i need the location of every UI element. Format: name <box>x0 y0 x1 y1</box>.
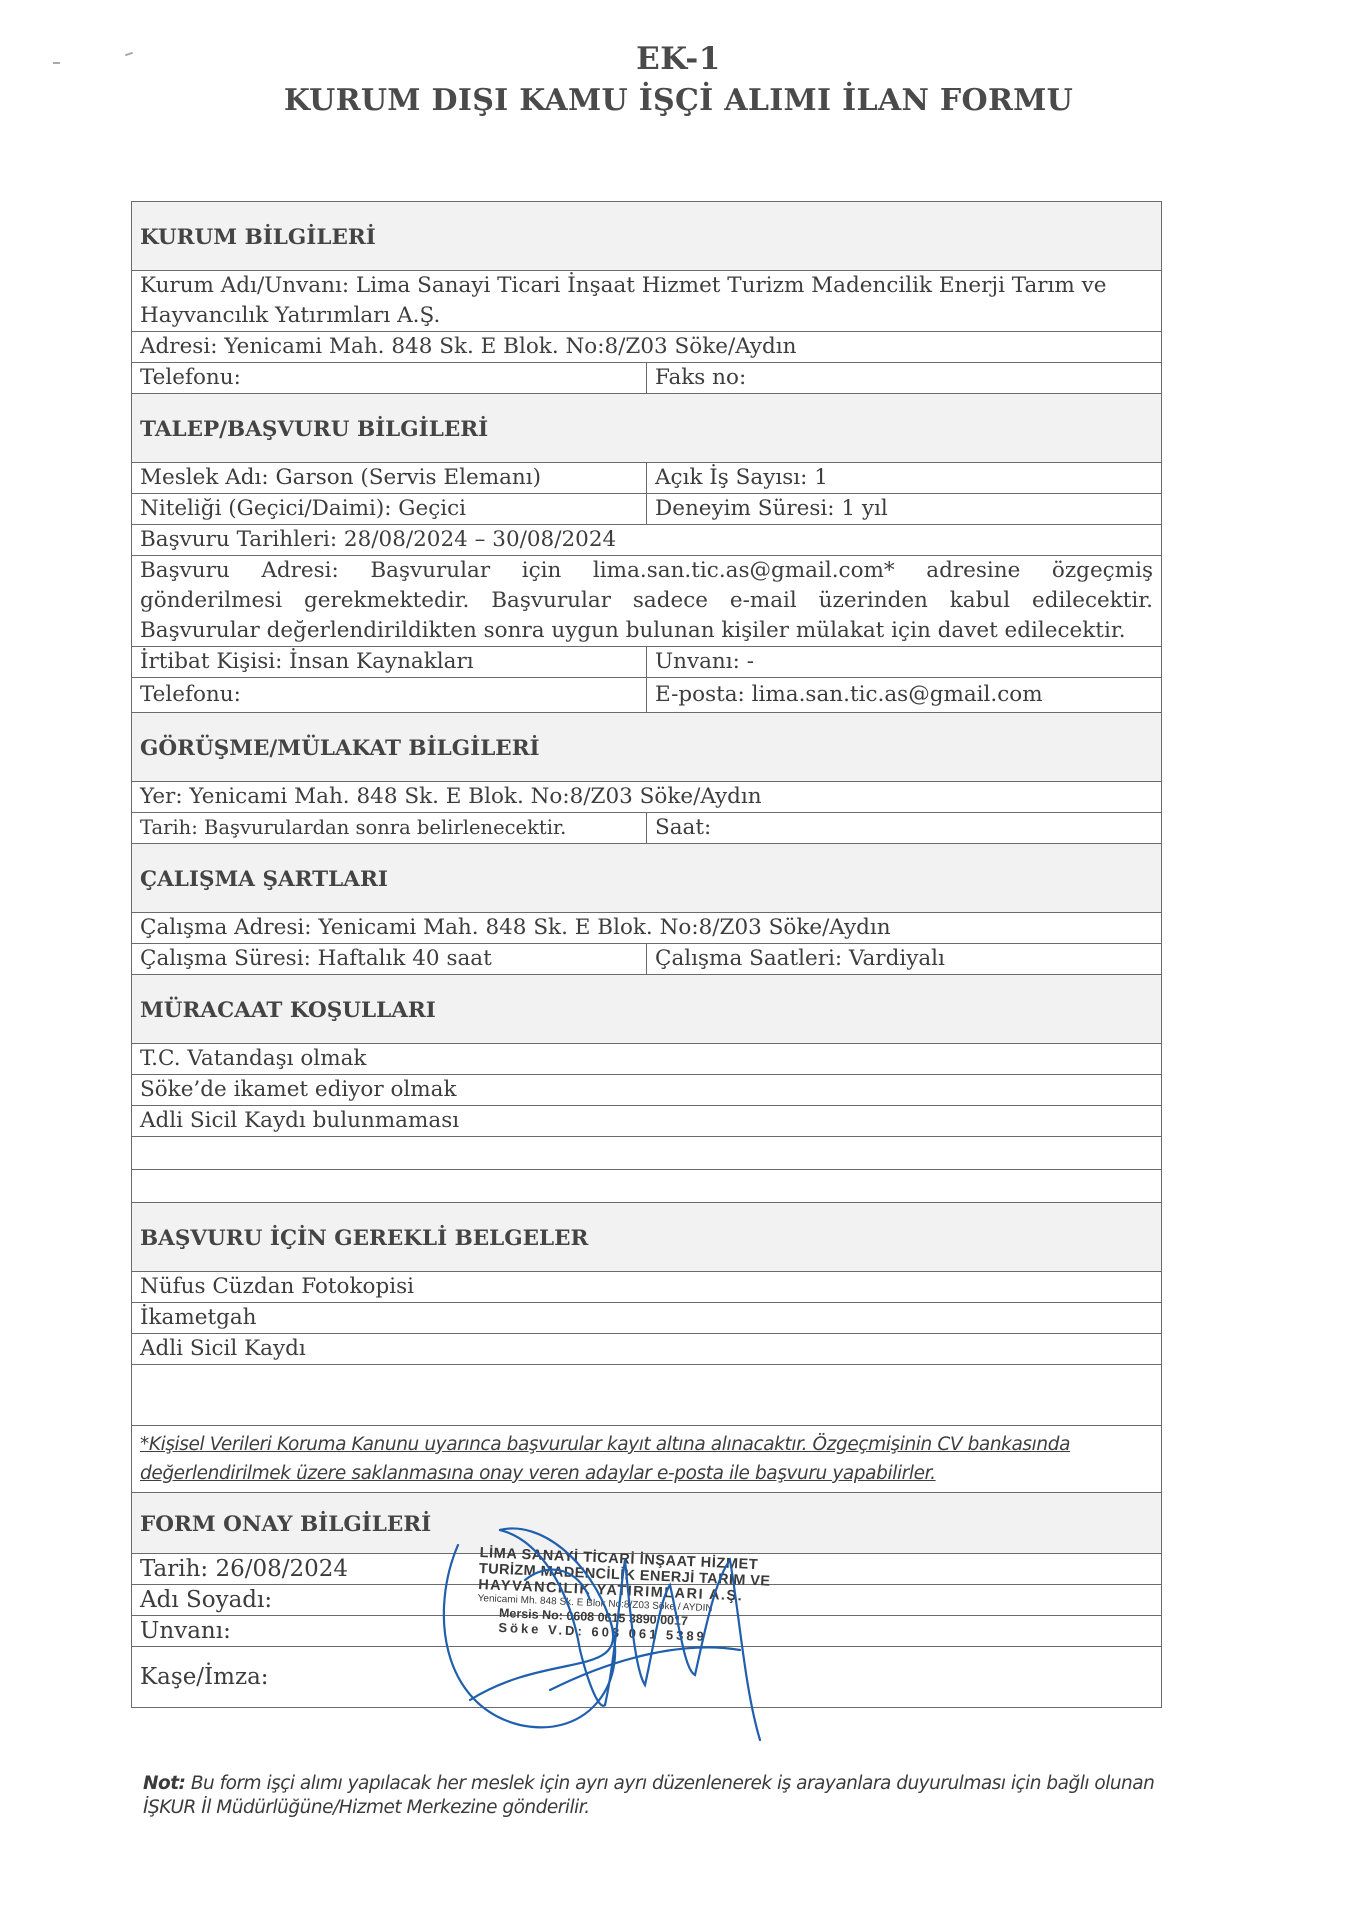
form-row: Tarih: Başvurulardan sonra belirlenecekt… <box>132 813 1162 844</box>
footer-note: Not: Bu form işçi alımı yapılacak her me… <box>143 1772 1203 1820</box>
form-row: Unvanı: <box>132 1616 1162 1647</box>
job-posting-form: KURUM BİLGİLERİ Kurum Adı/Unvanı: Lima S… <box>131 201 1162 1708</box>
document-item: Adli Sicil Kaydı <box>132 1334 1162 1365</box>
work-address: Çalışma Adresi: Yenicami Mah. 848 Sk. E … <box>132 913 1162 944</box>
approver-title: Unvanı: <box>132 1616 1162 1647</box>
form-row: Telefonu: Faks no: <box>132 363 1162 394</box>
requirement-text: Söke’de ikamet ediyor olmak <box>132 1075 1162 1106</box>
form-row: Telefonu: E-posta: lima.san.tic.as@gmail… <box>132 678 1162 713</box>
section-title: TALEP/BAŞVURU BİLGİLERİ <box>132 394 1162 463</box>
form-row: Çalışma Süresi: Haftalık 40 saat Çalışma… <box>132 944 1162 975</box>
experience-duration: Deneyim Süresi: 1 yıl <box>647 494 1162 525</box>
document-title: KURUM DIŞI KAMU İŞÇİ ALIMI İLAN FORMU <box>0 80 1357 122</box>
form-row: Adresi: Yenicami Mah. 848 Sk. E Blok. No… <box>132 332 1162 363</box>
document-text <box>132 1365 1162 1426</box>
institution-fax: Faks no: <box>647 363 1162 394</box>
institution-address: Adresi: Yenicami Mah. 848 Sk. E Blok. No… <box>132 332 1162 363</box>
open-positions: Açık İş Sayısı: 1 <box>647 463 1162 494</box>
privacy-note: *Kişisel Verileri Koruma Kanunu uyarınca… <box>132 1426 1162 1493</box>
form-row: Yer: Yenicami Mah. 848 Sk. E Blok. No:8/… <box>132 782 1162 813</box>
form-row: Kaşe/İmza: <box>132 1647 1162 1708</box>
position-nature: Niteliği (Geçici/Daimi): Geçici <box>132 494 647 525</box>
form-row: Adı Soyadı: <box>132 1585 1162 1616</box>
contact-title: Unvanı: - <box>647 647 1162 678</box>
section-approval: FORM ONAY BİLGİLERİ <box>132 1493 1162 1554</box>
scan-speck <box>53 62 60 64</box>
form-row: Tarih: 26/08/2024 <box>132 1554 1162 1585</box>
footer-note-label: Not: <box>143 1773 185 1794</box>
section-institution: KURUM BİLGİLERİ <box>132 202 1162 271</box>
approval-date: Tarih: 26/08/2024 <box>132 1554 1162 1585</box>
contact-email: E-posta: lima.san.tic.as@gmail.com <box>647 678 1162 713</box>
document-text: Adli Sicil Kaydı <box>132 1334 1162 1365</box>
interview-date: Tarih: Başvurulardan sonra belirlenecekt… <box>132 813 647 844</box>
annex-label: EK-1 <box>0 38 1357 80</box>
section-title: BAŞVURU İÇİN GEREKLİ BELGELER <box>132 1203 1162 1272</box>
form-row: Çalışma Adresi: Yenicami Mah. 848 Sk. E … <box>132 913 1162 944</box>
document-item: Nüfus Cüzdan Fotokopisi <box>132 1272 1162 1303</box>
institution-name: Kurum Adı/Unvanı: Lima Sanayi Ticari İnş… <box>132 271 1162 332</box>
requirement-text <box>132 1170 1162 1203</box>
contact-person: İrtibat Kişisi: İnsan Kaynakları <box>132 647 647 678</box>
requirement-text <box>132 1137 1162 1170</box>
section-title: GÖRÜŞME/MÜLAKAT BİLGİLERİ <box>132 713 1162 782</box>
approver-name: Adı Soyadı: <box>132 1585 1162 1616</box>
form-row: Başvuru Tarihleri: 28/08/2024 – 30/08/20… <box>132 525 1162 556</box>
requirement-text: T.C. Vatandaşı olmak <box>132 1044 1162 1075</box>
document-header: EK-1 KURUM DIŞI KAMU İŞÇİ ALIMI İLAN FOR… <box>0 38 1357 122</box>
form-row: Niteliği (Geçici/Daimi): Geçici Deneyim … <box>132 494 1162 525</box>
requirement-item-empty <box>132 1137 1162 1170</box>
section-requirements: MÜRACAAT KOŞULLARI <box>132 975 1162 1044</box>
document-text: Nüfus Cüzdan Fotokopisi <box>132 1272 1162 1303</box>
work-hours: Çalışma Saatleri: Vardiyalı <box>647 944 1162 975</box>
contact-phone: Telefonu: <box>132 678 647 713</box>
requirement-text: Adli Sicil Kaydı bulunmaması <box>132 1106 1162 1137</box>
form-row: Meslek Adı: Garson (Servis Elemanı) Açık… <box>132 463 1162 494</box>
application-address: Başvuru Adresi: Başvurular için lima.san… <box>132 556 1162 647</box>
form-row: Kurum Adı/Unvanı: Lima Sanayi Ticari İnş… <box>132 271 1162 332</box>
requirement-item: T.C. Vatandaşı olmak <box>132 1044 1162 1075</box>
document-text: İkametgah <box>132 1303 1162 1334</box>
interview-place: Yer: Yenicami Mah. 848 Sk. E Blok. No:8/… <box>132 782 1162 813</box>
institution-phone: Telefonu: <box>132 363 647 394</box>
document-item: İkametgah <box>132 1303 1162 1334</box>
interview-time: Saat: <box>647 813 1162 844</box>
stamp-signature-label: Kaşe/İmza: <box>132 1647 1162 1708</box>
footer-note-text: Bu form işçi alımı yapılacak her meslek … <box>143 1773 1154 1818</box>
requirement-item: Söke’de ikamet ediyor olmak <box>132 1075 1162 1106</box>
section-title: FORM ONAY BİLGİLERİ <box>132 1493 1162 1554</box>
work-duration: Çalışma Süresi: Haftalık 40 saat <box>132 944 647 975</box>
section-work-conditions: ÇALIŞMA ŞARTLARI <box>132 844 1162 913</box>
section-interview: GÖRÜŞME/MÜLAKAT BİLGİLERİ <box>132 713 1162 782</box>
section-title: KURUM BİLGİLERİ <box>132 202 1162 271</box>
document-item-empty <box>132 1365 1162 1426</box>
section-title: ÇALIŞMA ŞARTLARI <box>132 844 1162 913</box>
form-row: İrtibat Kişisi: İnsan Kaynakları Unvanı:… <box>132 647 1162 678</box>
section-title: MÜRACAAT KOŞULLARI <box>132 975 1162 1044</box>
section-application: TALEP/BAŞVURU BİLGİLERİ <box>132 394 1162 463</box>
privacy-note-row: *Kişisel Verileri Koruma Kanunu uyarınca… <box>132 1426 1162 1493</box>
form-row: Başvuru Adresi: Başvurular için lima.san… <box>132 556 1162 647</box>
requirement-item-empty <box>132 1170 1162 1203</box>
occupation-name: Meslek Adı: Garson (Servis Elemanı) <box>132 463 647 494</box>
requirement-item: Adli Sicil Kaydı bulunmaması <box>132 1106 1162 1137</box>
application-dates: Başvuru Tarihleri: 28/08/2024 – 30/08/20… <box>132 525 1162 556</box>
section-required-documents: BAŞVURU İÇİN GEREKLİ BELGELER <box>132 1203 1162 1272</box>
